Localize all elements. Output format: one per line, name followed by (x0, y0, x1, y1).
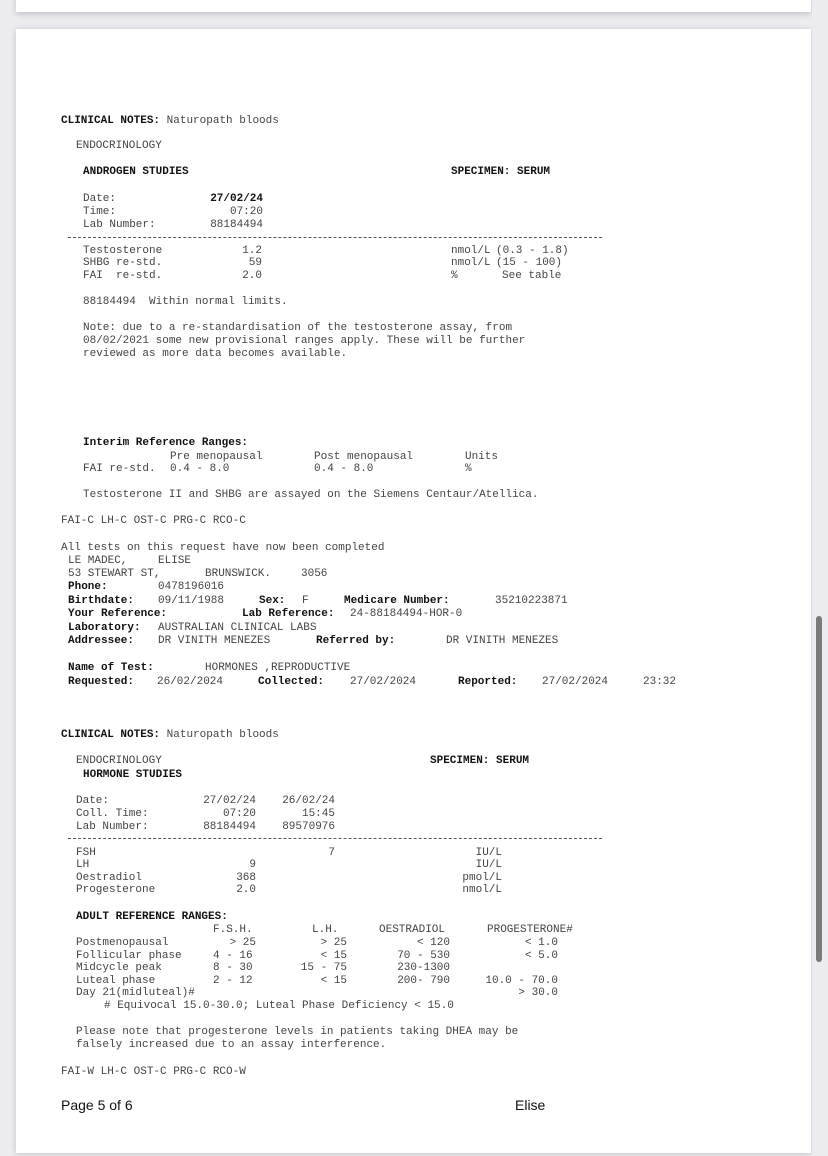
referred-by-label: Referred by: (316, 635, 395, 648)
divider-2 (68, 838, 602, 839)
lab-value-1: 88184494 (190, 219, 263, 232)
result-value: 2.0 (242, 270, 262, 283)
result-unit: nmol/L (451, 257, 491, 270)
result-value-col1: 9 (220, 859, 256, 872)
collected-label: Collected: (258, 676, 324, 689)
medicare-value: 35210223871 (495, 595, 568, 608)
ref-range-oestradiol: 230-1300 (360, 962, 450, 975)
completion-status: All tests on this request have now been … (61, 542, 384, 555)
ref-range-fsh: 8 - 30 (213, 962, 253, 975)
sex-value: F (302, 595, 309, 608)
ref-range-lh: 15 - 75 (290, 962, 347, 975)
ref-range-header: PROGESTERONE# (487, 924, 573, 937)
your-reference-label: Your Reference: (68, 608, 167, 621)
result-name: Progesterone (76, 884, 155, 897)
assay-note: Testosterone II and SHBG are assayed on … (83, 489, 538, 502)
test-name-label: Name of Test: (68, 662, 154, 675)
referred-by-value: DR VINITH MENEZES (446, 635, 558, 648)
specimen-label: SPECIMEN: (430, 755, 489, 767)
requested-value: 26/02/2024 (157, 676, 223, 689)
col2-date: 26/02/24 (268, 795, 335, 808)
ref-range-lh: < 15 (290, 975, 347, 988)
ref-range-label: Postmenopausal (76, 937, 168, 950)
note-line-1: Note: due to a re-standardisation of the… (83, 322, 512, 335)
ref-range-header: OESTRADIOL (379, 924, 445, 937)
clinical-notes-value: Naturopath bloods (167, 115, 279, 127)
addressee-value: DR VINITH MENEZES (158, 635, 270, 648)
lab-reference-value: 24-88184494-HOR-0 (350, 608, 462, 621)
patient-last-name: LE MADEC, (68, 555, 127, 568)
interim-row-units: % (465, 463, 472, 476)
result-name: SHBG re-std. (83, 257, 162, 270)
scrollbar-thumb[interactable] (816, 616, 822, 962)
result-name: LH (76, 859, 89, 872)
clinical-notes-2: CLINICAL NOTES: Naturopath bloods (61, 729, 279, 742)
interim-row-pre: 0.4 - 8.0 (170, 463, 229, 476)
study-title-hormone: HORMONE STUDIES (83, 769, 182, 782)
lab-reference-label: Lab Reference: (242, 608, 334, 621)
phone-label: Phone: (68, 581, 108, 594)
divider-1 (68, 237, 602, 238)
specimen-1: SPECIMEN: SERUM (451, 166, 550, 179)
patient-first-name: ELISE (158, 555, 191, 568)
col1-date: 27/02/24 (190, 795, 256, 808)
test-codes-1: FAI-C LH-C OST-C PRG-C RCO-C (61, 515, 246, 528)
adult-ref-ranges-title: ADULT REFERENCE RANGES: (76, 911, 228, 924)
clinical-notes-1: CLINICAL NOTES: Naturopath bloods (61, 115, 279, 128)
scrollbar-track[interactable] (812, 0, 828, 1156)
result-name: FAI re-std. (83, 270, 162, 283)
note-line-2: 08/02/2021 some new provisional ranges a… (83, 335, 525, 348)
result-unit: % (451, 270, 458, 283)
interim-row-label: FAI re-std. (83, 463, 156, 476)
medicare-label: Medicare Number: (344, 595, 450, 608)
collected-value: 27/02/2024 (350, 676, 416, 689)
page-indicator: Page 5 of 6 (61, 1099, 133, 1112)
reported-label: Reported: (458, 676, 517, 689)
result-unit: nmol/L (440, 884, 502, 897)
col1-lab: 88184494 (190, 821, 256, 834)
interim-row-post: 0.4 - 8.0 (314, 463, 373, 476)
result-range: (15 - 100) (496, 257, 562, 270)
birthdate-label: Birthdate: (68, 595, 134, 608)
department-1: ENDOCRINOLOGY (76, 140, 162, 153)
laboratory-label: Laboratory: (68, 622, 141, 635)
addressee-label: Addressee: (68, 635, 134, 648)
ref-range-oestradiol: < 120 (360, 937, 450, 950)
result-summary-1: 88184494 Within normal limits. (83, 296, 288, 309)
ref-range-progesterone: > 30.0 (480, 987, 558, 1000)
clinical-notes-label: CLINICAL NOTES: (61, 729, 160, 741)
time-value-1: 07:20 (190, 206, 263, 219)
result-value-col1: 2.0 (220, 884, 256, 897)
ref-range-label: Day 21(midluteal)# (76, 987, 195, 1000)
ref-range-fsh: > 25 (200, 937, 256, 950)
date-label-1: Date: (83, 193, 116, 206)
phone-value: 0478196016 (158, 581, 224, 594)
col2-lab: 89570976 (268, 821, 335, 834)
ref-range-oestradiol: 200- 790 (360, 975, 450, 988)
clinical-notes-value: Naturopath bloods (167, 729, 279, 741)
col1-time: 07:20 (190, 808, 256, 821)
specimen-label: SPECIMEN: (451, 166, 510, 178)
ref-range-header: F.S.H. (213, 924, 253, 937)
address-street: 53 STEWART ST, (68, 568, 160, 581)
requested-label: Requested: (68, 676, 134, 689)
specimen-value: SERUM (517, 166, 550, 178)
footer-name: Elise (515, 1099, 545, 1112)
date-label-2: Date: (76, 795, 109, 808)
study-title-androgen: ANDROGEN STUDIES (83, 166, 189, 179)
lab-label-1: Lab Number: (83, 219, 156, 232)
department-2: ENDOCRINOLOGY (76, 755, 162, 768)
birthdate-value: 09/11/1988 (158, 595, 224, 608)
ref-range-lh: > 25 (290, 937, 347, 950)
clinical-notes-label: CLINICAL NOTES: (61, 115, 160, 127)
time-label-1: Time: (83, 206, 116, 219)
specimen-2: SPECIMEN: SERUM (430, 755, 529, 768)
result-unit: IU/L (440, 859, 502, 872)
ref-range-label: Midcycle peak (76, 962, 162, 975)
dhea-note-line-1: Please note that progesterone levels in … (76, 1026, 518, 1039)
lab-label-2: Lab Number: (76, 821, 149, 834)
reported-time: 23:32 (643, 676, 676, 689)
address-postcode: 3056 (301, 568, 327, 581)
ref-range-progesterone: < 1.0 (480, 937, 558, 950)
ref-ranges-footnote: # Equivocal 15.0-30.0; Luteal Phase Defi… (104, 1000, 454, 1013)
test-codes-2: FAI-W LH-C OST-C PRG-C RCO-W (61, 1066, 246, 1079)
col2-time: 15:45 (268, 808, 335, 821)
specimen-value: SERUM (496, 755, 529, 767)
ref-range-fsh: 2 - 12 (213, 975, 253, 988)
previous-page-edge (16, 0, 811, 12)
date-value-1: 27/02/24 (190, 193, 263, 206)
laboratory-value: AUSTRALIAN CLINICAL LABS (158, 622, 316, 635)
result-value: 59 (242, 257, 262, 270)
coll-time-label: Coll. Time: (76, 808, 149, 821)
address-suburb: BRUNSWICK. (205, 568, 271, 581)
result-range: See table (502, 270, 561, 283)
reported-date: 27/02/2024 (542, 676, 608, 689)
test-name-value: HORMONES ,REPRODUCTIVE (205, 662, 350, 675)
result-value-col2: 7 (300, 847, 335, 860)
note-line-3: reviewed as more data becomes available. (83, 348, 347, 361)
interim-ranges-title: Interim Reference Ranges: (83, 437, 248, 450)
sex-label: Sex: (259, 595, 285, 608)
ref-range-progesterone: < 5.0 (480, 950, 558, 963)
dhea-note-line-2: falsely increased due to an assay interf… (76, 1039, 386, 1052)
ref-range-header: L.H. (312, 924, 338, 937)
